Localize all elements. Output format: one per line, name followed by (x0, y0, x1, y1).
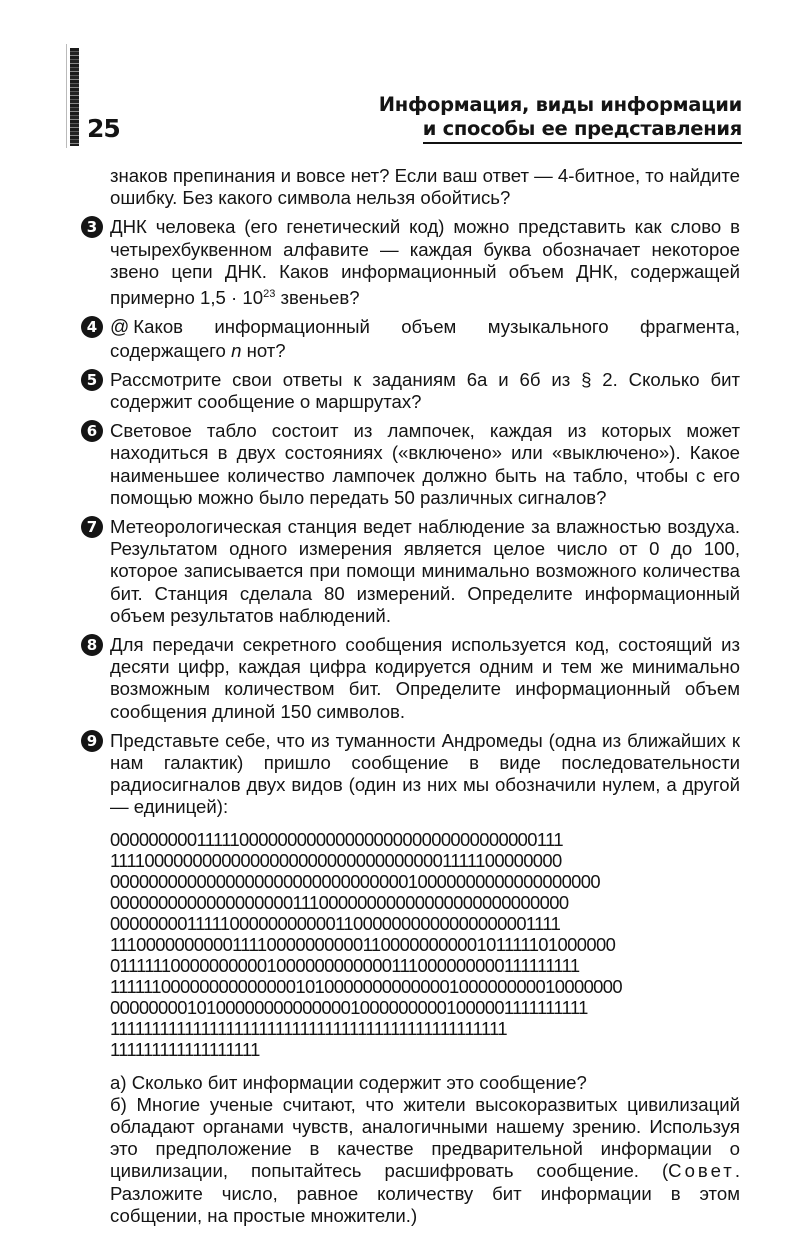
header-title-line1: Информация, виды информации (379, 93, 742, 117)
task-3: 3 ДНК человека (его генетический код) мо… (110, 216, 740, 309)
task-text-end: нот? (241, 340, 285, 361)
sub-question-b-text: б) Многие ученые считают, что жители выс… (110, 1094, 740, 1182)
binary-line: 0000000010100000000000000100000000010000… (110, 997, 740, 1018)
intro-paragraph: знаков препинания и вовсе нет? Если ваш … (110, 165, 740, 209)
binary-line: 1111000000000000000000000000000000011111… (110, 850, 740, 871)
sub-question-a: а) Сколько бит информации содержит это с… (110, 1072, 740, 1094)
binary-line: 0000000000000000000111000000000000000000… (110, 892, 740, 913)
header-title-line2: и способы ее представления (423, 117, 742, 144)
task-text: Представьте себе, что из туманности Андр… (110, 730, 740, 818)
binary-line: 111111111111111111 (110, 1039, 740, 1060)
binary-line: 1111110000000000000010100000000000001000… (110, 976, 740, 997)
task-number-badge: 4 (81, 316, 103, 338)
task-text-end: звеньев? (275, 287, 359, 308)
binary-message: 0000000001111100000000000000000000000000… (110, 829, 740, 1060)
task-text: Рассмотрите свои ответы к заданиям 6а и … (110, 369, 740, 412)
hint-word: Совет (668, 1160, 735, 1181)
task-4: 4 @Каков информационный объем музыкально… (110, 316, 740, 361)
margin-thumb-bar (70, 48, 79, 146)
task-6: 6 Световое табло состоит из лампочек, ка… (110, 420, 740, 509)
task-9: 9 Представьте себе, что из туманности Ан… (110, 730, 740, 819)
task-text: Метеорологическая станция ведет наблюден… (110, 516, 740, 626)
task-number-badge: 5 (81, 369, 103, 391)
binary-line: 1111111111111111111111111111111111111111… (110, 1018, 740, 1039)
task-text: Каков информационный объем музыкального … (110, 316, 740, 360)
spiral-icon: @ (110, 317, 129, 338)
binary-line: 0000000011111000000000001100000000000000… (110, 913, 740, 934)
variable-n: n (231, 340, 241, 361)
task-number-badge: 7 (81, 516, 103, 538)
margin-rule (66, 44, 67, 148)
page-number: 25 (87, 114, 120, 143)
task-number-badge: 8 (81, 634, 103, 656)
task-number-badge: 6 (81, 420, 103, 442)
sub-question-b: б) Многие ученые считают, что жители выс… (110, 1094, 740, 1227)
task-5: 5 Рассмотрите свои ответы к заданиям 6а … (110, 369, 740, 413)
task-text: Для передачи секретного сообщения исполь… (110, 634, 740, 722)
binary-line: 0000000000000000000000000000000100000000… (110, 871, 740, 892)
exponent: 23 (263, 288, 275, 300)
task-8: 8 Для передачи секретного сообщения испо… (110, 634, 740, 723)
running-header: Информация, виды информации и способы ее… (379, 93, 742, 144)
binary-line: 0000000001111100000000000000000000000000… (110, 829, 740, 850)
page-body: знаков препинания и вовсе нет? Если ваш … (110, 165, 740, 1227)
task-number-badge: 9 (81, 730, 103, 752)
task-text: ДНК человека (его генетический код) можн… (110, 216, 740, 308)
binary-line: 1110000000000111100000000001100000000001… (110, 934, 740, 955)
task-7: 7 Метеорологическая станция ведет наблюд… (110, 516, 740, 627)
task-number-badge: 3 (81, 216, 103, 238)
binary-line: 0111111000000000010000000000001110000000… (110, 955, 740, 976)
task-text: Световое табло состоит из лампочек, кажд… (110, 420, 740, 508)
